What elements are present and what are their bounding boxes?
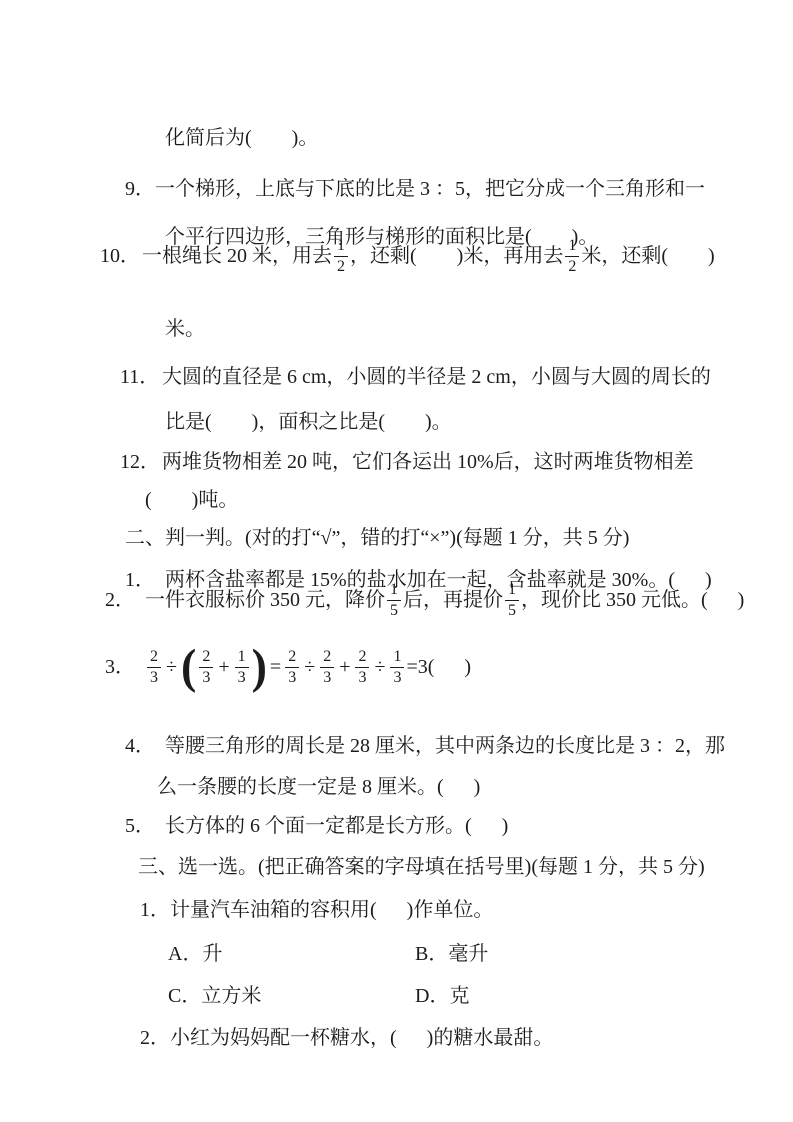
divide-sign: ÷ (166, 656, 177, 679)
judge-question-2-number: 2． (105, 589, 145, 612)
question-11-text-1: 大圆的直径是 6 cm，小圆的半径是 2 cm，小圆与大圆的周长的 (162, 366, 711, 388)
plus-sign: + (218, 656, 229, 679)
judge-question-2-text-3: ，现价比 350 元低。( ) (521, 589, 744, 612)
fraction-one-third: 13 (390, 648, 404, 687)
question-11-number: 11． (120, 366, 162, 389)
fraction-one-third: 13 (235, 648, 249, 687)
divide-sign: ÷ (374, 656, 385, 679)
close-paren: ) (252, 643, 267, 691)
fraction-two-thirds: 23 (285, 648, 299, 687)
section-three-heading-text: 三、选一选。(把正确答案的字母填在括号里)(每题 1 分，共 5 分) (138, 856, 705, 878)
question-10-text-4: 米。 (165, 318, 205, 340)
question-9-text-1: 一个梯形，上底与下底的比是 3 ：5，把它分成一个三角形和一 (155, 178, 705, 200)
judge-question-2-text-1: 一件衣服标价 350 元，降价 (145, 589, 385, 612)
fraction-two-thirds: 23 (199, 648, 213, 687)
choice-question-2-text: 小红为妈妈配一杯糖水，( )的糖水最甜。 (170, 1027, 553, 1049)
choice-question-2: 2．小红为妈妈配一杯糖水，( )的糖水最甜。 (120, 1004, 553, 1073)
question-9-number: 9． (125, 178, 155, 201)
equals-sign: = (270, 656, 281, 679)
fraction-one-half: 12 (334, 237, 348, 276)
question-12-text-1: 两堆货物相差 20 吨，它们各运出 10%后，这时两堆货物相差 (162, 451, 694, 473)
question-8-text: 化简后为( )。 (165, 127, 318, 149)
plus-sign: + (339, 656, 350, 679)
choice-question-1-text: 计量汽车油箱的容积用( )作单位。 (170, 899, 493, 921)
question-10-text-2: ，还剩( )米，再用去 (350, 245, 563, 268)
choice-question-1-number: 1． (140, 899, 170, 922)
fraction-two-thirds: 23 (147, 648, 161, 687)
choice-question-2-number: 2． (140, 1027, 170, 1050)
divide-sign: ÷ (304, 656, 315, 679)
open-paren: ( (181, 643, 196, 691)
fraction-one-fifth: 15 (387, 581, 401, 620)
fraction-one-half: 12 (565, 237, 579, 276)
judge-question-3-number: 3． (105, 656, 145, 679)
judge-question-2: 2．一件衣服标价 350 元，降价15后，再提价15，现价比 350 元低。( … (105, 581, 744, 620)
fraction-one-fifth: 15 (505, 581, 519, 620)
judge-question-3-tail: =3( ) (406, 656, 471, 679)
judge-question-3: 3．23÷(23+13)=23÷23+23÷13=3( ) (105, 644, 471, 690)
question-10-text-3: 米，还剩( ) (581, 245, 714, 268)
exam-paper-page: 化简后为( )。 9．一个梯形，上底与下底的比是 3 ：5，把它分成一个三角形和… (0, 0, 793, 1122)
fraction-two-thirds: 23 (355, 648, 369, 687)
question-10-number: 10． (100, 245, 142, 268)
judge-question-2-text-2: 后，再提价 (403, 589, 503, 612)
fraction-two-thirds: 23 (320, 648, 334, 687)
question-10-line-1: 10．一根绳长 20 米，用去12，还剩( )米，再用去12米，还剩( ) (100, 237, 715, 276)
question-10-text-1: 一根绳长 20 米，用去 (142, 245, 332, 268)
